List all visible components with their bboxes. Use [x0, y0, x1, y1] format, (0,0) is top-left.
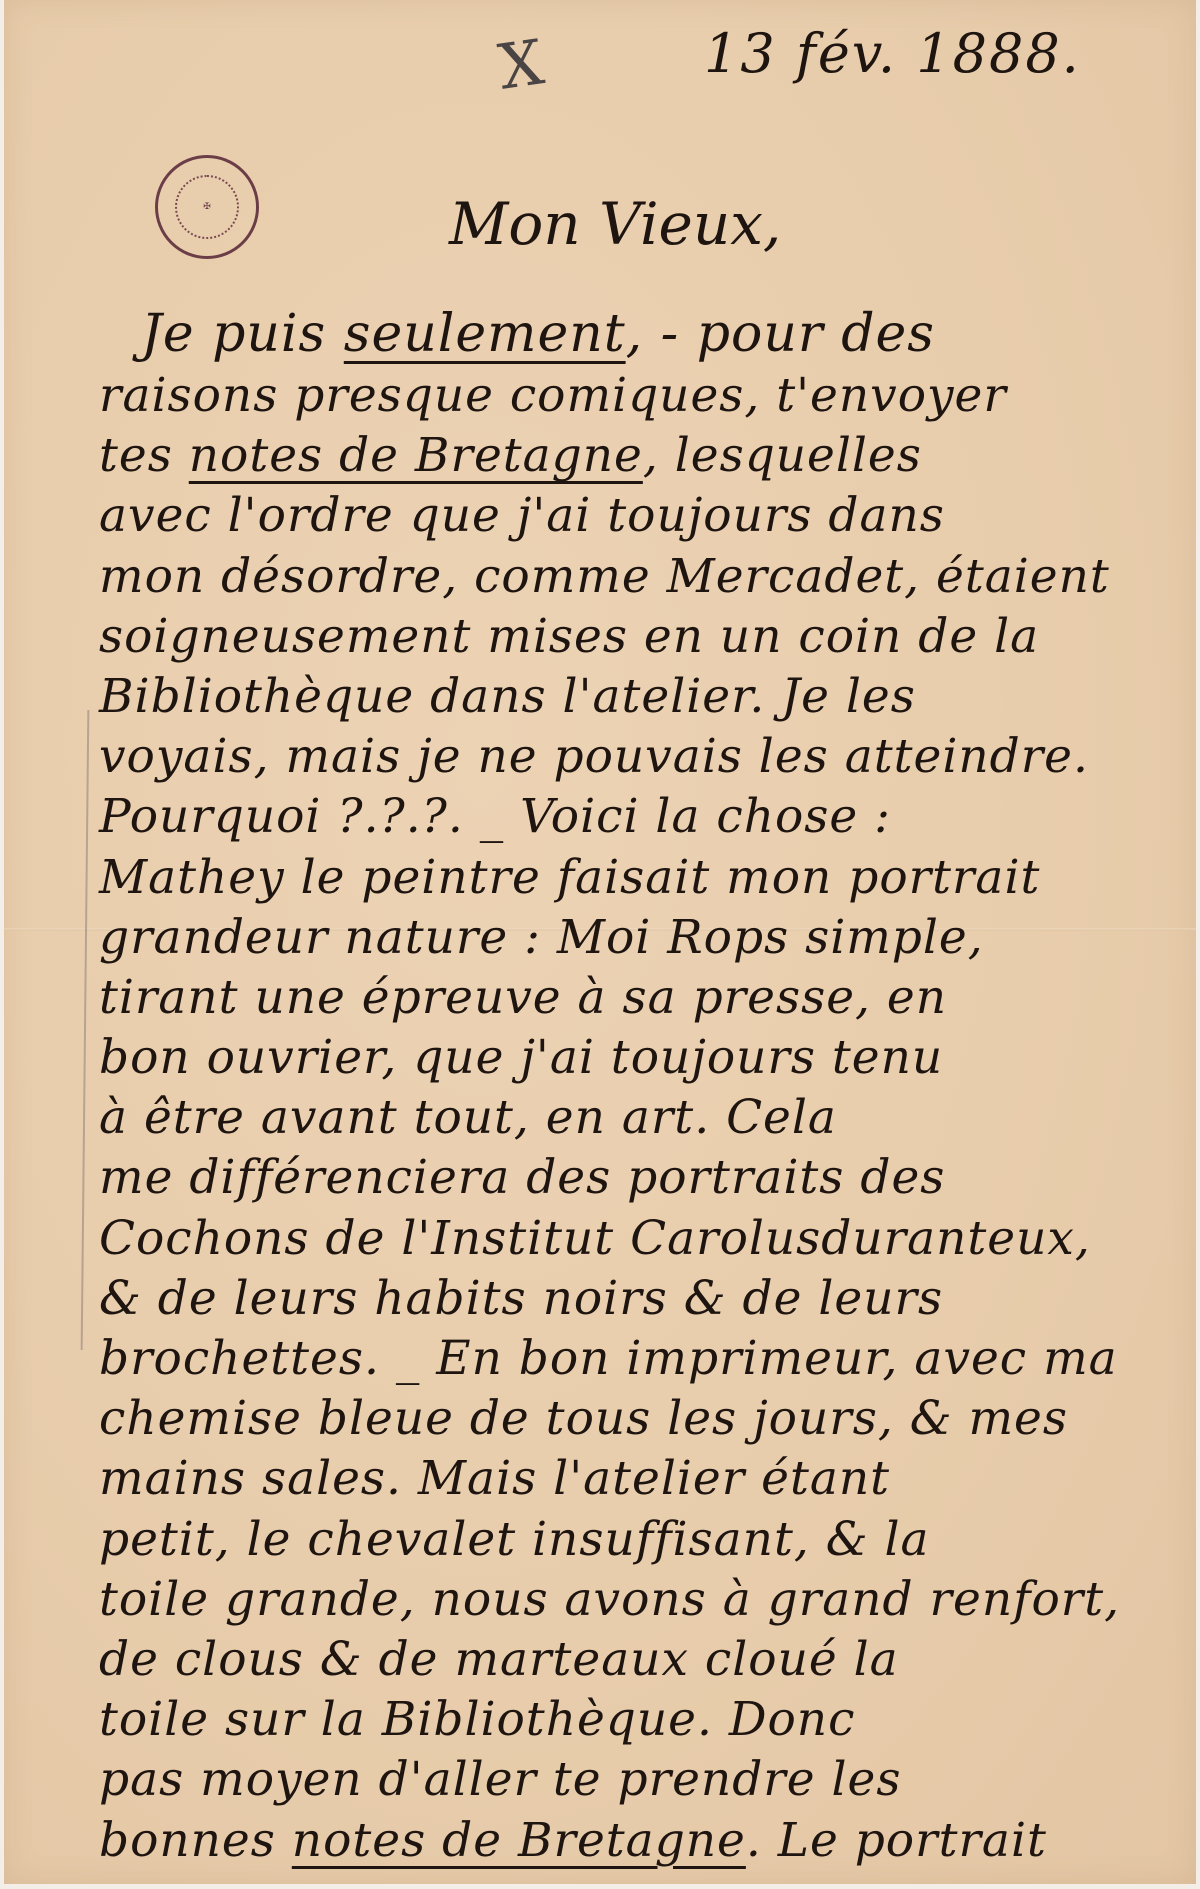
letter-line: voyais, mais je ne pouvais les atteindre… — [99, 727, 1199, 787]
letter-line: me différenciera des portraits des — [99, 1148, 1199, 1208]
letter-line: Bibliothèque dans l'atelier. Je les — [99, 667, 1199, 727]
salutation: Mon Vieux, — [449, 190, 781, 258]
letter-line: chemise bleue de tous les jours, & mes — [99, 1389, 1199, 1449]
underlined-text: seulement — [344, 304, 626, 364]
letter-line: tes notes de Bretagne, lesquelles — [99, 426, 1199, 486]
letter-line: mon désordre, comme Mercadet, étaient — [99, 547, 1199, 607]
underlined-text: notes de Bretagne — [292, 1813, 746, 1868]
stamp-center: ✠ — [175, 175, 239, 239]
letter-line: bon ouvrier, que j'ai toujours tenu — [99, 1028, 1199, 1088]
letter-line: bonnes notes de Bretagne. Le portrait — [99, 1811, 1199, 1871]
letter-line: avec l'ordre que j'ai toujours dans — [99, 486, 1199, 546]
letter-line: & de leurs habits noirs & de leurs — [99, 1269, 1199, 1329]
letter-line: Cochons de l'Institut Carolusduranteux, — [99, 1209, 1199, 1269]
pencil-margin-line — [81, 710, 90, 1350]
letter-line: raisons presque comiques, t'envoyer — [99, 366, 1199, 426]
letter-line: soigneusement mises en un coin de la — [99, 607, 1199, 667]
letter-line: petit, le chevalet insuffisant, & la — [99, 1510, 1199, 1570]
letter-line: à être avant tout, en art. Cela — [99, 1088, 1199, 1148]
letter-line: tirant une épreuve à sa presse, en — [99, 968, 1199, 1028]
library-stamp-icon: ✠ — [155, 155, 259, 259]
letter-page: X 13 fév. 1888. ✠ Mon Vieux, Je puis seu… — [4, 0, 1196, 1884]
letter-line: de clous & de marteaux cloué la — [99, 1630, 1199, 1690]
letter-line: Je puis seulement, - pour des — [99, 288, 1199, 366]
letter-line: grandeur nature : Moi Rops simple, — [99, 908, 1199, 968]
cross-mark: X — [494, 25, 548, 103]
letter-line: pas moyen d'aller te prendre les — [99, 1750, 1199, 1810]
letter-line: toile sur la Bibliothèque. Donc — [99, 1690, 1199, 1750]
letter-date: 13 fév. 1888. — [704, 22, 1081, 85]
letter-line: toile grande, nous avons à grand renfort… — [99, 1570, 1199, 1630]
letter-line: Pourquoi ?.?.?. _ Voici la chose : — [99, 787, 1199, 847]
letter-line: mains sales. Mais l'atelier étant — [99, 1449, 1199, 1509]
underlined-text: notes de Bretagne — [189, 428, 643, 483]
letter-line: brochettes. _ En bon imprimeur, avec ma — [99, 1329, 1199, 1389]
letter-body: Je puis seulement, - pour des raisons pr… — [99, 288, 1199, 1871]
letter-line: Mathey le peintre faisait mon portrait — [99, 848, 1199, 908]
